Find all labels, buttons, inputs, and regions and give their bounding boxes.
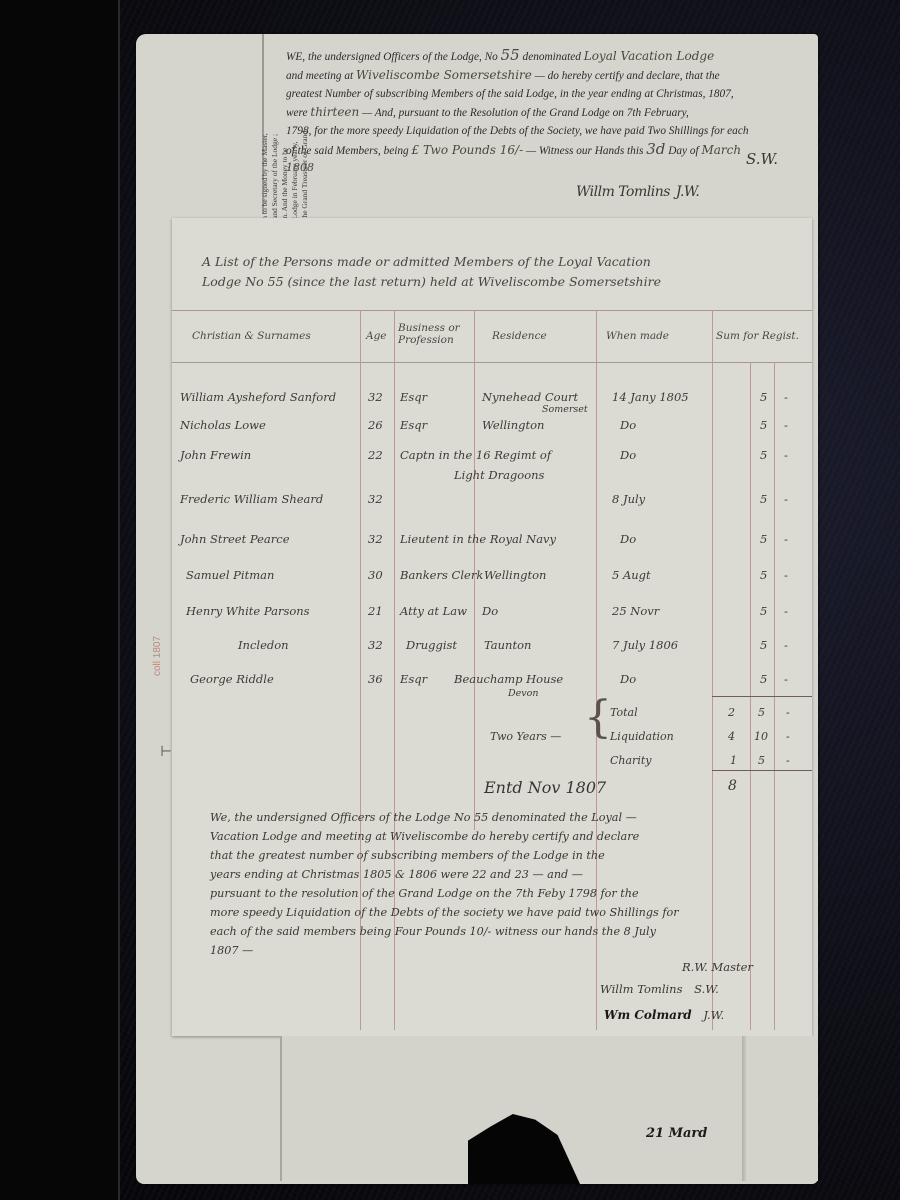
fold-crease	[742, 1036, 746, 1181]
member-residence-2: Devon	[508, 688, 538, 699]
certificate-line: We, the undersigned Officers of the Lodg…	[210, 808, 790, 827]
list-title: A List of the Persons made or admitted M…	[202, 252, 802, 292]
column-header-age: Age	[366, 330, 387, 342]
grand-total: 8	[728, 778, 737, 794]
column-header-name: Christian & Surnames	[192, 330, 311, 342]
certificate-line: pursuant to the resolution of the Grand …	[210, 884, 790, 903]
summary-pence: -	[786, 706, 790, 719]
member-age: 30	[368, 568, 383, 582]
certificate-line: each of the said members being Four Poun…	[210, 922, 790, 941]
docket-note: 21 Mard	[646, 1126, 707, 1141]
member-name: George Riddle	[190, 672, 274, 686]
member-pence: -	[784, 390, 788, 404]
member-shillings: 5	[760, 604, 767, 618]
member-name: William Aysheford Sanford	[180, 390, 336, 404]
signature-role: J.W.	[676, 184, 699, 200]
month-value: March	[701, 143, 741, 157]
column-header-sum: Sum for Regist.	[716, 330, 808, 342]
member-residence: Nynehead Court	[482, 390, 578, 404]
member-profession: Druggist	[406, 638, 457, 652]
member-residence-2: Somerset	[542, 404, 588, 415]
member-name: John Street Pearce	[180, 532, 290, 546]
column-header-profession: Business or Profession	[398, 322, 470, 346]
member-when-made: 25 Novr	[612, 604, 659, 618]
member-age: 32	[368, 532, 383, 546]
member-profession: Esqr	[400, 418, 427, 432]
declaration-line: greatest Number of subscribing Members o…	[286, 85, 816, 103]
member-pence: -	[784, 638, 788, 652]
member-name: John Frewin	[180, 448, 251, 462]
table-row: Nicholas Lowe 26 Esqr Wellington Do 5 -	[172, 418, 812, 444]
member-pence: -	[784, 604, 788, 618]
table-row: John Frewin 22 Captn in the 16 Regimt of…	[172, 448, 812, 474]
member-age: 26	[368, 418, 383, 432]
member-shillings: 5	[760, 448, 767, 462]
summary-shillings: 10	[754, 730, 768, 743]
member-profession: Lieutent in the Royal Navy	[400, 532, 556, 546]
member-residence: Wellington	[482, 418, 544, 432]
member-pence: -	[784, 532, 788, 546]
member-age: 32	[368, 492, 383, 506]
summary-shillings: 5	[758, 754, 765, 767]
member-profession: Atty at Law	[400, 604, 467, 618]
brace-icon: {	[584, 696, 612, 740]
member-pence: -	[784, 672, 788, 686]
table-row: George Riddle 36 Esqr Beauchamp House De…	[172, 672, 812, 698]
member-name: Nicholas Lowe	[180, 418, 266, 432]
certificate-line: years ending at Christmas 1805 & 1806 we…	[210, 865, 790, 884]
member-residence: Beauchamp House	[454, 672, 563, 686]
member-profession: Esqr	[400, 390, 427, 404]
member-when-made: 8 July	[612, 492, 645, 506]
member-when-made: Do	[620, 418, 636, 432]
member-pence: -	[784, 448, 788, 462]
member-profession: Esqr	[400, 672, 427, 686]
member-pence: -	[784, 568, 788, 582]
amount-paid: £ Two Pounds 16/-	[412, 143, 524, 157]
member-shillings: 5	[760, 672, 767, 686]
member-shillings: 5	[760, 638, 767, 652]
signature-sw: Willm Tomlins S.W.	[600, 982, 719, 996]
summary-item-label: Liquidation	[610, 730, 674, 743]
member-age: 32	[368, 638, 383, 652]
entry-endorsement: Entd Nov 1807	[484, 778, 606, 797]
certificate-line: that the greatest number of subscribing …	[210, 846, 790, 865]
summary-shillings: 5	[758, 706, 765, 719]
member-when-made: 14 Jany 1805	[612, 390, 689, 404]
handwritten-certificate: We, the undersigned Officers of the Lodg…	[210, 808, 790, 960]
member-when-made: Do	[620, 532, 636, 546]
folded-panel: 21 Mard	[280, 1036, 818, 1181]
signature-role: R.W. Master	[682, 960, 753, 974]
summary-pence: -	[786, 730, 790, 743]
certificate-line: Vacation Lodge and meeting at Wiveliscom…	[210, 827, 790, 846]
signature-name: Willm Tomlins	[600, 982, 682, 996]
summary-pounds: 2	[728, 706, 735, 719]
member-name: Frederic William Sheard	[180, 492, 323, 506]
pencil-mark: ⊢	[160, 744, 172, 760]
signature-name: Willm Tomlins	[576, 184, 670, 200]
table-row: John Street Pearce 32 Lieutent in the Ro…	[172, 532, 812, 558]
member-pence: -	[784, 418, 788, 432]
lodge-name: Loyal Vacation Lodge	[584, 49, 714, 63]
declaration-line: were thirteen — And, pursuant to the Res…	[286, 103, 816, 122]
signature-jw: Willm TomlinsJ.W.	[576, 184, 699, 200]
member-residence: Wellington	[484, 568, 546, 582]
summary-label: Two Years —	[490, 730, 561, 743]
member-name: Henry White Parsons	[186, 604, 310, 618]
table-row: Henry White Parsons 21 Atty at Law Do 25…	[172, 604, 812, 630]
member-count: thirteen	[310, 105, 359, 119]
member-shillings: 5	[760, 390, 767, 404]
summary-item-label: Charity	[610, 754, 651, 767]
summary-pounds: 4	[728, 730, 735, 743]
day-value: 3d	[646, 140, 665, 158]
signature-role: S.W.	[694, 982, 719, 996]
member-age: 32	[368, 390, 383, 404]
member-name: Samuel Pitman	[186, 568, 274, 582]
member-age: 22	[368, 448, 383, 462]
certificate-line: 1807 —	[210, 941, 790, 960]
member-age: 36	[368, 672, 383, 686]
member-residence: Taunton	[484, 638, 531, 652]
member-shillings: 5	[760, 532, 767, 546]
member-shillings: 5	[760, 418, 767, 432]
table-row: Incledon 32 Druggist Taunton 7 July 1806…	[172, 638, 812, 664]
lodge-number: 55	[501, 46, 520, 64]
member-name: Incledon	[238, 638, 289, 652]
summary-item-label: Total	[610, 706, 638, 719]
table-row: Samuel Pitman 30 Bankers Clerk Wellingto…	[172, 568, 812, 594]
declaration-line: of the said Members, being £ Two Pounds …	[286, 140, 816, 160]
table-row: William Aysheford Sanford 32 Esqr Nynehe…	[172, 390, 812, 416]
declaration-line: WE, the undersigned Officers of the Lodg…	[286, 46, 816, 66]
certificate-year: 1808	[286, 161, 314, 174]
meeting-place: Wiveliscombe Somersetshire	[356, 68, 532, 82]
column-header-when-made: When made	[606, 330, 669, 342]
member-shillings: 5	[760, 492, 767, 506]
signature-role: J.W.	[703, 1008, 724, 1022]
signature-sw: S.W.	[746, 150, 778, 168]
member-age: 21	[368, 604, 383, 618]
seal-cutout	[468, 1114, 580, 1184]
red-pencil-note: coll 1807	[152, 636, 163, 676]
signature-jw: Wm Colmard J.W.	[604, 1008, 724, 1022]
signature-master: R.W. Master	[682, 960, 753, 974]
member-residence: Do	[482, 604, 498, 618]
member-when-made: 7 July 1806	[612, 638, 678, 652]
table-row: Frederic William Sheard 32 8 July 5 -	[172, 492, 812, 518]
member-when-made: Do	[620, 448, 636, 462]
certificate-line: more speedy Liquidation of the Debts of …	[210, 903, 790, 922]
signature-name: Wm Colmard	[604, 1008, 692, 1022]
member-pence: -	[784, 492, 788, 506]
member-list-sheet: A List of the Persons made or admitted M…	[172, 218, 812, 1036]
member-profession-2: Light Dragoons	[454, 468, 544, 482]
left-dark-border	[0, 0, 120, 1200]
summary-pounds: 1	[730, 754, 737, 767]
member-when-made: 5 Augt	[612, 568, 651, 582]
column-header-residence: Residence	[492, 330, 547, 342]
member-when-made: Do	[620, 672, 636, 686]
summary-pence: -	[786, 754, 790, 767]
member-shillings: 5	[760, 568, 767, 582]
declaration-line: and meeting at Wiveliscombe Somersetshir…	[286, 66, 816, 85]
printed-declaration: WE, the undersigned Officers of the Lodg…	[286, 46, 816, 160]
member-profession: Captn in the 16 Regimt of	[400, 448, 551, 462]
declaration-line: 1798, for the more speedy Liquidation of…	[286, 122, 816, 140]
member-profession: Bankers Clerk	[400, 568, 483, 582]
